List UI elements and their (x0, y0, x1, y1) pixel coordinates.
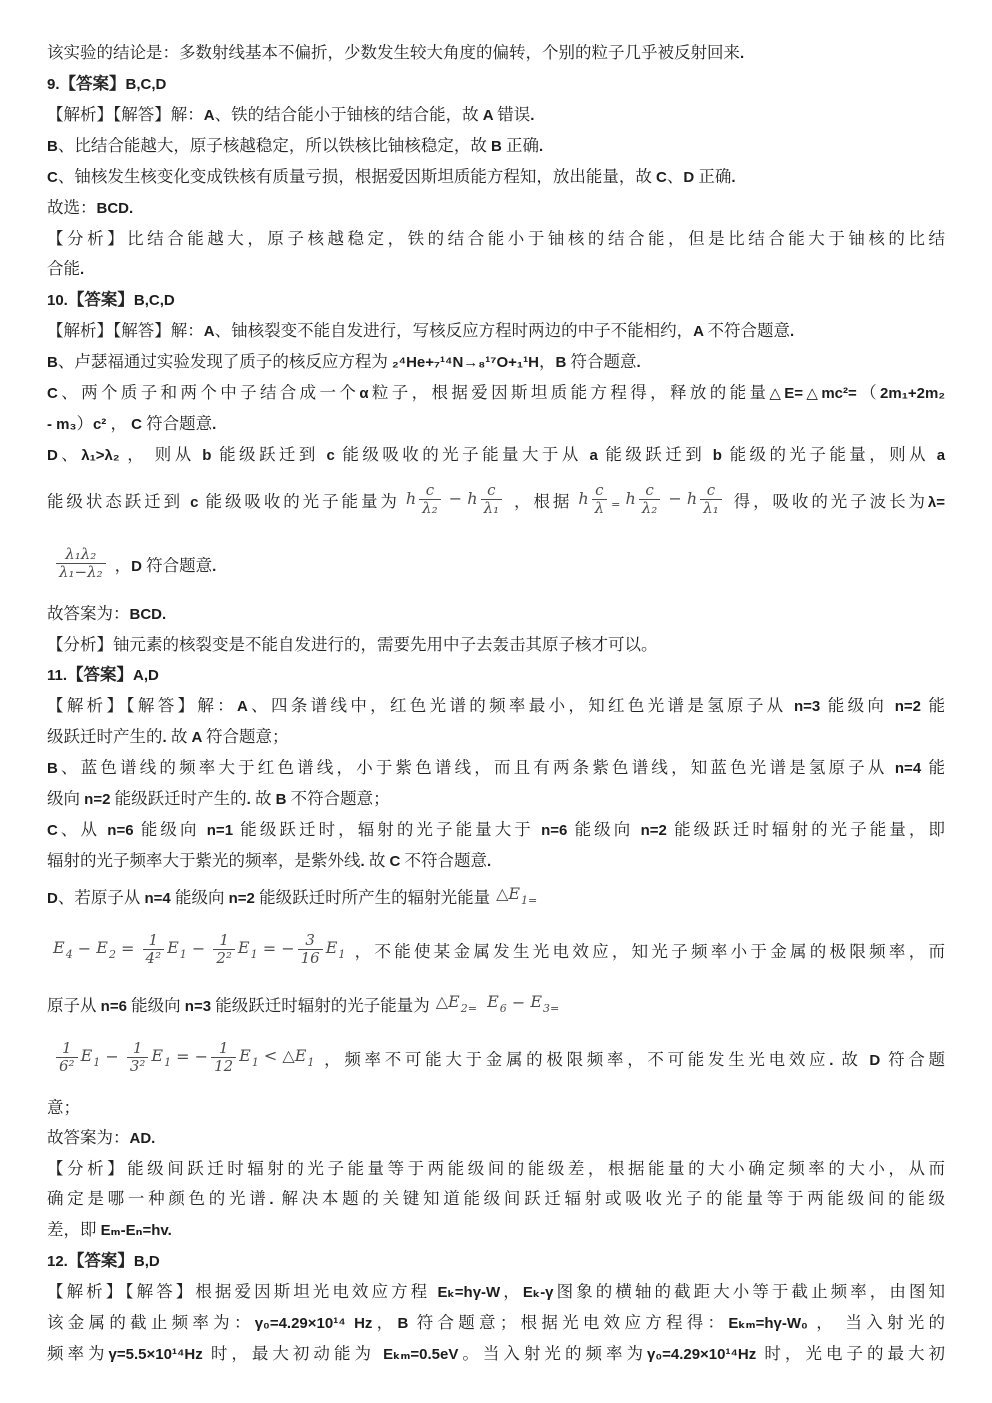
cjk-text: 级向 (47, 789, 80, 808)
latin-text: c (319, 447, 343, 464)
text-line: 该金属的截止频率为：γ₀=4.29×10¹⁴ Hz，B 符合题意；根据光电效应方… (47, 1308, 945, 1339)
cjk-text: 粒子，根据爱因斯坦质能方程得，释放的能量 (369, 383, 770, 402)
text-line: 【解析】【解答】解：A、铁的结合能小于铀核的结合能，故 A 错误. (47, 100, 945, 131)
text-line: 差，即 Eₘ-Eₙ=hv. (47, 1215, 945, 1246)
latin-text: C (47, 822, 58, 839)
latin-text: 12. (47, 1253, 68, 1270)
cjk-text: 符合题意 (570, 352, 636, 371)
text-line: 【解析】【解答】解：A、四条谱线中，红色光谱的频率最小，知红色光谱是氢原子从 n… (47, 691, 945, 722)
latin-text: n=6 (97, 998, 132, 1015)
text-line: C、从 n=6 能级向 n=1 能级跃迁时，辐射的光子能量大于 n=6 能级向 … (47, 815, 945, 846)
latin-text: D (47, 890, 58, 907)
cjk-text: 不符合题意； (291, 789, 390, 808)
cjk-text: 、 (667, 167, 684, 186)
cjk-text: 、比结合能越大，原子核越稳定，所以铁核比铀核稳定，故 (58, 136, 487, 155)
latin-text: A (693, 323, 707, 340)
latin-text: b (195, 447, 219, 464)
latin-text: Eₖ=hγ-W (430, 1284, 500, 1301)
text-line: B、比结合能越大，原子核越稳定，所以铁核比铀核稳定，故 B 正确. (47, 131, 945, 162)
latin-text: n=1 (200, 822, 241, 839)
latin-text: . (212, 558, 216, 575)
cjk-text: 、若原子从 (58, 888, 141, 907)
latin-text: γ₀=4.29×10¹⁴ Hz (255, 1315, 373, 1332)
equation-fE6: 16²E1 − 13²E1 = −112E1 < △E1 (53, 1040, 314, 1074)
cjk-text: 故答案为： (47, 1128, 130, 1147)
cjk-text: 【答案】 (67, 665, 133, 684)
latin-text: 11. (47, 667, 67, 684)
cjk-text: ，不能使某金属发生光电效应，知光子频率小于金属的极限频率，而 (351, 942, 945, 961)
fraction: 316 (298, 932, 323, 966)
latin-text: 2m₁+2m₂ (880, 385, 945, 402)
cjk-text: 能级跃迁时所产生的辐射光能量 (259, 888, 490, 907)
cjk-text: 、 (58, 445, 81, 464)
latin-text: BCD. (130, 606, 167, 623)
latin-text: λ₁>λ₂ (81, 447, 127, 464)
cjk-text: 能 (929, 758, 946, 777)
latin-text: B (47, 138, 58, 155)
cjk-text: 错误 (497, 105, 530, 124)
equation-fE4: E4 − E2 = 14²E1 − 12²E1 = −316E1 (53, 932, 345, 966)
equation-fD2: △E2= E6 − E3= (436, 987, 560, 1019)
latin-text: λ= (928, 494, 945, 511)
cjk-text: 不符合题意 (708, 321, 791, 340)
cjk-text: 则从 (155, 445, 195, 464)
latin-text: n=6 (100, 822, 141, 839)
cjk-text: 辐射的光子频率大于紫光的频率，是紫外线 (47, 851, 361, 870)
text-line: 该实验的结论是：多数射线基本不偏折，少数发生较大角度的偏转，个别的粒子几乎被反射… (47, 38, 945, 69)
latin-text: n=2 (887, 698, 928, 715)
cjk-text: 、铁的结合能小于铀核的结合能，故 (215, 105, 479, 124)
latin-text: - m₃ (47, 416, 76, 433)
fraction: cλ₂ (419, 482, 441, 516)
latin-text: A (237, 698, 248, 715)
latin-text: . (829, 1052, 841, 1069)
cjk-text: 频率为 (47, 1344, 109, 1363)
latin-text: B,D (134, 1253, 160, 1270)
equation-fD1: △E1= (496, 879, 537, 911)
latin-text: n=4 (888, 760, 929, 777)
cjk-text: ， (127, 445, 147, 464)
latin-text: n=3 (787, 698, 828, 715)
cjk-text: 正确 (506, 136, 539, 155)
cjk-text: ， (115, 556, 132, 575)
cjk-text: 【分析】铀元素的核裂变是不能自发进行的，需要先用中子去轰击其原子核才可以。 (47, 635, 658, 654)
latin-text: D (131, 558, 146, 575)
equation-fB: hcλ= hcλ₂ − hcλ₁ (578, 482, 724, 516)
text-line: 辐射的光子频率大于紫光的频率，是紫外线. 故 C 不符合题意. (47, 846, 945, 877)
cjk-text: 符合题 (888, 1050, 945, 1069)
fraction: cλ₂ (639, 482, 661, 516)
latin-text: a (929, 447, 945, 464)
cjk-text: 能级向 (575, 820, 634, 839)
latin-text: α (359, 385, 368, 402)
text-line: 能级状态跃迁到 c 能级吸收的光子能量为hcλ₂ − hcλ₁，根据hcλ= h… (47, 471, 945, 535)
fraction: cλ (592, 482, 608, 516)
fraction: cλ₁ (700, 482, 722, 516)
latin-text: B,C,D (126, 76, 167, 93)
text-line: 16²E1 − 13²E1 = −112E1 < △E1，频率不可能大于金属的极… (47, 1029, 945, 1093)
latin-text: n=2 (633, 822, 674, 839)
cjk-text: 能级跃迁时辐射的光子能量，即 (674, 820, 945, 839)
cjk-text: 【解析】【解答】解： (47, 105, 204, 124)
cjk-text: 该金属的截止频率为： (47, 1313, 255, 1332)
latin-text: . (790, 323, 794, 340)
cjk-text: ， (816, 1313, 837, 1332)
latin-text: γ₀=4.29×10¹⁴Hz (647, 1346, 764, 1363)
cjk-text: 符合题意 (146, 414, 212, 433)
latin-text: B (47, 760, 58, 777)
latin-text: . (487, 853, 491, 870)
text-line: 9.【答案】B,C,D (47, 69, 945, 100)
cjk-text: ， (500, 1282, 523, 1301)
latin-text: A (204, 107, 215, 124)
latin-text: B (47, 354, 58, 371)
fraction: 14² (143, 932, 165, 966)
latin-text: Eₖ-γ (523, 1284, 554, 1301)
cjk-text: 故 (171, 727, 188, 746)
latin-text: . (539, 138, 543, 155)
cjk-text: 能级向 (175, 888, 225, 907)
cjk-text: 能级向 (131, 996, 181, 1015)
latin-text: n=2 (224, 890, 259, 907)
latin-text: B (555, 354, 570, 371)
latin-text: . (740, 45, 744, 62)
latin-text: BCD. (97, 200, 134, 217)
cjk-text: 故 (841, 1050, 861, 1069)
text-line: 确定是哪一种颜色的光谱. 解决本题的关键知道能级间跃迁辐射或吸收光子的能量等于两… (47, 1184, 945, 1215)
latin-text: A (479, 107, 498, 124)
cjk-text: 时，光电子的最大初 (764, 1344, 945, 1363)
latin-text: Eₖₘ=0.5eV (375, 1346, 458, 1363)
latin-text: γ=5.5×10¹⁴Hz (109, 1346, 211, 1363)
cjk-text: 【答案】 (68, 1251, 134, 1270)
text-line: 故答案为：AD. (47, 1123, 945, 1154)
text-line: 【解析】【解答】解：A、铀核裂变不能自发进行，写核反应方程时两边的中子不能相约，… (47, 316, 945, 347)
cjk-text: 【解析】【解答】解： (47, 321, 204, 340)
cjk-text: 图象的横轴的截距大小等于截止频率，由图知 (554, 1282, 945, 1301)
cjk-text: 差，即 (47, 1220, 97, 1239)
text-line: 故选：BCD. (47, 193, 945, 224)
latin-text: b (705, 447, 729, 464)
latin-text: . (247, 791, 255, 808)
fraction: 112 (211, 1040, 236, 1074)
cjk-text: 能级吸收的光子能量大于从 (342, 445, 581, 464)
text-line: 故答案为：BCD. (47, 599, 945, 630)
cjk-text: 能级跃迁时辐射的光子能量为 (215, 996, 430, 1015)
latin-text: A (187, 729, 206, 746)
cjk-text: 、四条谱线中，红色光谱的频率最小，知红色光谱是氢原子从 (248, 696, 787, 715)
latin-text: A,D (133, 667, 159, 684)
cjk-text: ， (539, 352, 556, 371)
cjk-text: 故答案为： (47, 604, 130, 623)
cjk-text: 时，最大初动能为 (211, 1344, 375, 1363)
text-line: 原子从 n=6 能级向 n=3 能级跃迁时辐射的光子能量为△E2= E6 − E… (47, 985, 945, 1029)
text-line: B、卢瑟福通过实验发现了质子的核反应方程为 ₂⁴He+₇¹⁴N→₈¹⁷O+₁¹H… (47, 347, 945, 378)
physics-answer-document: 该实验的结论是：多数射线基本不偏折，少数发生较大角度的偏转，个别的粒子几乎被反射… (0, 0, 992, 1370)
text-line: 【分析】铀元素的核裂变是不能自发进行的，需要先用中子去轰击其原子核才可以。 (47, 630, 945, 660)
cjk-text: （ (857, 383, 880, 402)
latin-text: Eₖₘ=hγ-W₀ (728, 1315, 816, 1332)
cjk-text: 符合题意； (206, 727, 289, 746)
cjk-text: 故选： (47, 198, 97, 217)
cjk-text: 正确 (698, 167, 731, 186)
latin-text: B (271, 791, 290, 808)
cjk-text: 故 (369, 851, 386, 870)
cjk-text: 意； (47, 1098, 80, 1117)
latin-text: Eₘ-Eₙ=hv. (97, 1222, 172, 1239)
latin-text: . (269, 1191, 281, 1208)
latin-text: C (47, 169, 58, 186)
text-line: D、若原子从 n=4 能级向 n=2 能级跃迁时所产生的辐射光能量△E1= (47, 877, 945, 921)
cjk-text: 当入射光的 (845, 1313, 945, 1332)
cjk-text: 级跃迁时产生的 (47, 727, 163, 746)
fraction: cλ₁ (481, 482, 503, 516)
latin-text: . (361, 853, 369, 870)
fraction: 16² (56, 1040, 78, 1074)
cjk-text: 能级跃迁时，辐射的光子能量大于 (240, 820, 534, 839)
latin-text: C (47, 385, 58, 402)
cjk-text: 能级向 (141, 820, 200, 839)
latin-text: . (163, 729, 171, 746)
latin-text: . (530, 107, 534, 124)
latin-text: D (862, 1052, 889, 1069)
cjk-text: 、蓝色谱线的频率大于红色谱线，小于紫色谱线，而且有两条紫色谱线，知蓝色光谱是氢原… (58, 758, 888, 777)
cjk-text: 能级的光子能量，则从 (730, 445, 930, 464)
text-line: λ₁λ₂λ₁−λ₂，D 符合题意. (47, 535, 945, 599)
latin-text: n=6 (534, 822, 575, 839)
text-line: - m₃）c² ， C 符合题意. (47, 409, 945, 440)
text-line: C、两个质子和两个中子结合成一个α粒子，根据爱因斯坦质能方程得，释放的能量△E=… (47, 378, 945, 409)
cjk-text: 能级向 (828, 696, 887, 715)
latin-text: . (731, 169, 735, 186)
cjk-text: 【解析】【解答】根据爱因斯坦光电效应方程 (47, 1282, 430, 1301)
text-line: C、铀核发生核变化变成铁核有质量亏损，根据爱因斯坦质能方程知，放出能量，故 C、… (47, 162, 945, 193)
latin-text: 10. (47, 292, 68, 309)
text-line: 级跃迁时产生的. 故 A 符合题意； (47, 722, 945, 753)
latin-text: AD. (130, 1130, 156, 1147)
latin-text: . (212, 416, 216, 433)
cjk-text: 【答案】 (60, 74, 126, 93)
equation-fA: hcλ₂ − hcλ₁ (406, 482, 505, 516)
cjk-text: 能级吸收的光子能量为 (206, 492, 400, 511)
cjk-text: 能级跃迁到 (219, 445, 319, 464)
text-line: 11.【答案】A,D (47, 660, 945, 691)
cjk-text: ， (110, 414, 127, 433)
text-line: 合能. (47, 254, 945, 285)
latin-text: D (47, 447, 58, 464)
cjk-text: ） (76, 414, 93, 433)
text-line: E4 − E2 = 14²E1 − 12²E1 = −316E1，不能使某金属发… (47, 921, 945, 985)
fraction: λ₁λ₂λ₁−λ₂ (56, 546, 106, 580)
cjk-text: 该实验的结论是：多数射线基本不偏折，少数发生较大角度的偏转，个别的粒子几乎被反射… (47, 43, 740, 62)
latin-text: n=3 (181, 998, 216, 1015)
latin-text: B,C,D (134, 292, 175, 309)
cjk-text: 符合题意 (146, 556, 212, 575)
cjk-text: 能级跃迁时产生的 (115, 789, 247, 808)
latin-text: . (636, 354, 640, 371)
cjk-text: 、从 (58, 820, 100, 839)
cjk-text: 【分析】能级间跃迁时辐射的光子能量等于两能级间的能级差，根据能量的大小确定频率的… (47, 1159, 945, 1178)
text-line: 【分析】能级间跃迁时辐射的光子能量等于两能级间的能级差，根据能量的大小确定频率的… (47, 1154, 945, 1184)
text-line: 意； (47, 1093, 945, 1123)
latin-text: △E=△mc²= (769, 385, 856, 402)
cjk-text: ， (372, 1313, 397, 1332)
latin-text: a (582, 447, 606, 464)
latin-text: ₂⁴He+₇¹⁴N→₈¹⁷O+₁¹H (388, 354, 539, 371)
latin-text: 9. (47, 76, 60, 93)
text-line: B、蓝色谱线的频率大于红色谱线，小于紫色谱线，而且有两条紫色谱线，知蓝色光谱是氢… (47, 753, 945, 784)
text-line: D、λ₁>λ₂ ， 则从 b 能级跃迁到 c 能级吸收的光子能量大于从 a 能级… (47, 440, 945, 471)
latin-text: C (385, 853, 404, 870)
latin-text: B (397, 1315, 416, 1332)
latin-text: C (652, 169, 667, 186)
text-line: 【解析】【解答】根据爱因斯坦光电效应方程 Eₖ=hγ-W，Eₖ-γ图象的横轴的截… (47, 1277, 945, 1308)
cjk-text: 原子从 (47, 996, 97, 1015)
cjk-text: 、铀核裂变不能自发进行，写核反应方程时两边的中子不能相约， (215, 321, 694, 340)
latin-text: B (487, 138, 506, 155)
cjk-text: 故 (255, 789, 272, 808)
text-line: 级向 n=2 能级跃迁时产生的. 故 B 不符合题意； (47, 784, 945, 815)
latin-text (147, 447, 155, 464)
fraction: 12² (213, 932, 235, 966)
cjk-text: 。当入射光的频率为 (458, 1344, 647, 1363)
cjk-text: 符合题意；根据光电效应方程得： (417, 1313, 729, 1332)
cjk-text: 【分析】比结合能越大，原子核越稳定，铁的结合能小于铀核的结合能，但是比结合能大于… (47, 229, 945, 248)
latin-text: n=4 (140, 890, 175, 907)
cjk-text: 确定是哪一种颜色的光谱 (47, 1189, 269, 1208)
cjk-text: 、铀核发生核变化变成铁核有质量亏损，根据爱因斯坦质能方程知，放出能量，故 (58, 167, 652, 186)
cjk-text: 能 (929, 696, 946, 715)
cjk-text: 不符合题意 (405, 851, 488, 870)
latin-text: D (683, 169, 698, 186)
latin-text: . (80, 261, 84, 278)
cjk-text: 能级跃迁到 (605, 445, 705, 464)
latin-text: c (183, 494, 206, 511)
latin-text: n=2 (80, 791, 115, 808)
latin-text: A (204, 323, 215, 340)
cjk-text: 合能 (47, 259, 80, 278)
cjk-text: 解决本题的关键知道能级间跃迁辐射或吸收光子的能量等于两能级间的能级 (281, 1189, 945, 1208)
text-line: 【分析】比结合能越大，原子核越稳定，铁的结合能小于铀核的结合能，但是比结合能大于… (47, 224, 945, 254)
fraction: 13² (127, 1040, 149, 1074)
equation-fC: λ₁λ₂λ₁−λ₂ (53, 546, 109, 580)
text-line: 频率为γ=5.5×10¹⁴Hz 时，最大初动能为 Eₖₘ=0.5eV。当入射光的… (47, 1339, 945, 1370)
cjk-text: ，根据 (511, 492, 572, 511)
cjk-text: 【解析】【解答】解： (47, 696, 237, 715)
text-line: 10.【答案】B,C,D (47, 285, 945, 316)
latin-text: C (127, 416, 146, 433)
cjk-text: 、卢瑟福通过实验发现了质子的核反应方程为 (58, 352, 388, 371)
cjk-text: 能级状态跃迁到 (47, 492, 183, 511)
cjk-text: 得，吸收的光子波长为 (731, 492, 928, 511)
latin-text: c² (93, 416, 111, 433)
cjk-text: 【答案】 (68, 290, 134, 309)
cjk-text: 、两个质子和两个中子结合成一个 (58, 383, 359, 402)
text-line: 12.【答案】B,D (47, 1246, 945, 1277)
cjk-text: ，频率不可能大于金属的极限频率，不可能发生光电效应 (320, 1050, 829, 1069)
